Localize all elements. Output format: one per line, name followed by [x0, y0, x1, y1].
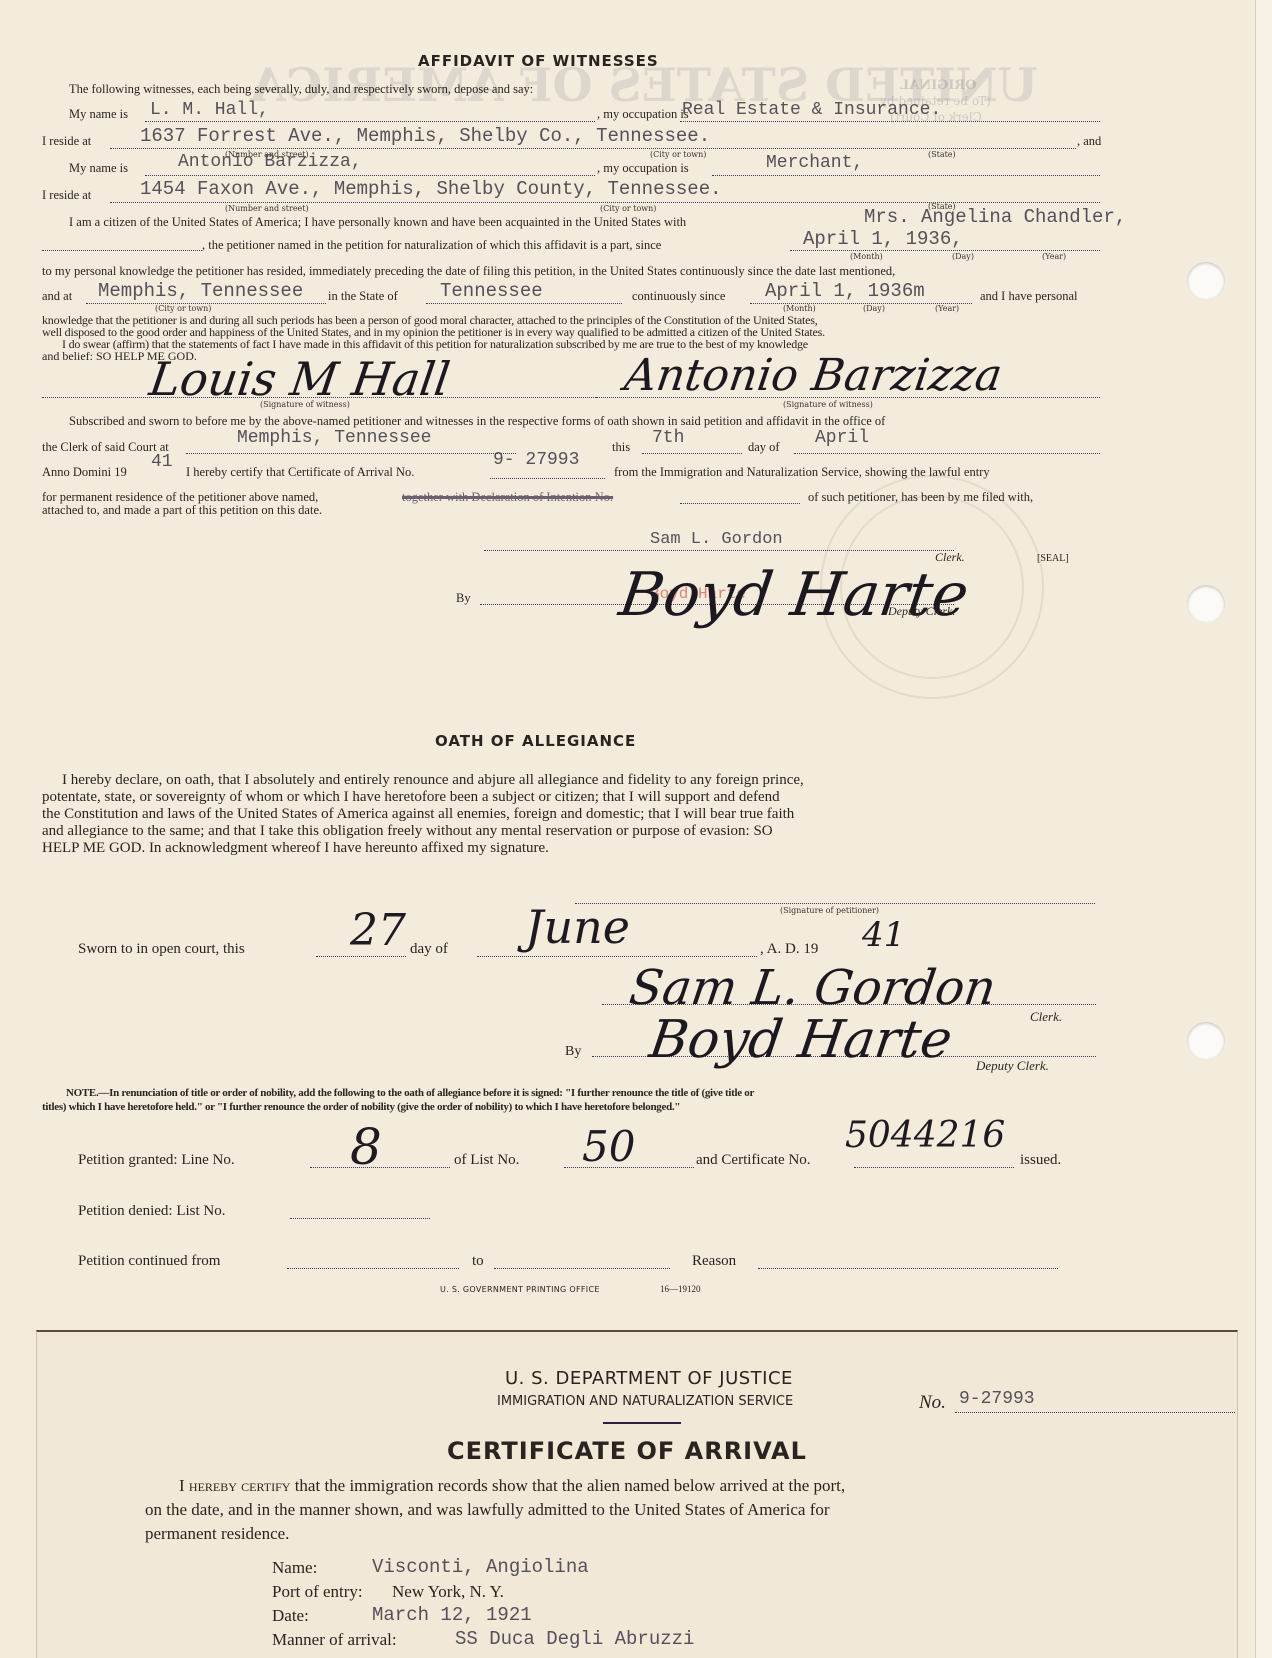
arrival-number: 9- 27993 [493, 450, 579, 470]
field-line [712, 175, 1100, 176]
note-line-2: titles) which I have heretofore held." o… [42, 1101, 680, 1113]
label-petition-denied: Petition denied: List No. [78, 1203, 226, 1220]
field-line [680, 503, 800, 504]
field-line [145, 175, 595, 176]
petitioner-text: , the petitioner named in the petition f… [202, 238, 661, 253]
caption: (Year) [935, 304, 959, 313]
caption: (Month) [850, 252, 883, 261]
month-value: April [815, 428, 869, 448]
label-to: to [472, 1253, 484, 1270]
attached-text: attached to, and made a part of this pet… [42, 503, 322, 518]
field-line [290, 1218, 430, 1219]
field-line [758, 1268, 1058, 1269]
state-of-value: Tennessee [440, 280, 543, 302]
label-sworn: Sworn to in open court, this [78, 941, 245, 958]
label-occupation: , my occupation is [597, 161, 689, 176]
document-page: UNITED STATES OF AMERICA ORIGINAL (To be… [0, 0, 1255, 1658]
certify-text: I hereby certify that Certificate of Arr… [186, 465, 414, 480]
manner-value: SS Duca Degli Abruzzi [455, 1628, 694, 1650]
label-no: No. [919, 1392, 946, 1414]
punch-hole [1187, 1022, 1225, 1060]
note-line-1: NOTE.—In renunciation of title or order … [66, 1087, 754, 1099]
oath-line-1: I hereby declare, on oath, that I absolu… [62, 772, 804, 789]
oath-line-2: potentate, state, or sovereignty of whom… [42, 789, 780, 806]
caption: (Day) [952, 252, 974, 261]
deputy-signature: Boyd Harte [615, 560, 973, 630]
punch-hole [1187, 585, 1225, 623]
punch-hole [1187, 262, 1225, 300]
field-line [680, 121, 1100, 122]
label-personal: and I have personal [980, 289, 1078, 304]
sworn-month: June [525, 900, 630, 954]
port-value: New York, N. Y. [392, 1582, 504, 1602]
struck-declaration: together with Declaration of Intention N… [402, 490, 613, 505]
sworn-day: 27 [350, 905, 406, 956]
label-by: By [456, 591, 471, 606]
field-line [494, 1268, 670, 1269]
label-and-at: and at [42, 289, 72, 304]
printer-code: 16—19120 [660, 1284, 701, 1294]
oath-title: OATH OF ALLEGIANCE [435, 732, 636, 750]
field-line [490, 478, 605, 479]
knowledge-text: to my personal knowledge the petitioner … [42, 264, 895, 279]
label-petition-granted: Petition granted: Line No. [78, 1152, 235, 1169]
label-deputy-clerk: Deputy Clerk. [976, 1058, 1049, 1074]
caption: (City or town) [650, 150, 706, 159]
label-continuously: continuously since [632, 289, 725, 304]
field-line [854, 1167, 1014, 1168]
witness2-signature: Antonio Barzizza [621, 350, 1005, 401]
from-text: from the Immigration and Naturalization … [614, 465, 990, 480]
label-port: Port of entry: [272, 1582, 363, 1602]
label-name: Name: [272, 1558, 317, 1578]
petitioner-signature-line [575, 903, 1095, 904]
label-of-list: of List No. [454, 1152, 519, 1169]
label-my-name: My name is [69, 161, 128, 176]
petitioner-name: Mrs. Angelina Chandler, [864, 206, 1126, 228]
witness2-occupation: Merchant, [766, 153, 863, 173]
list-number: 50 [582, 1122, 635, 1171]
label-anno-domini: Anno Domini 19 [42, 465, 127, 480]
caption: (Year) [1042, 252, 1066, 261]
field-line [790, 250, 1100, 251]
field-line [145, 121, 595, 122]
certify-lead: I hereby certify [179, 1476, 290, 1495]
certify-line-2: on the date, and in the manner shown, an… [145, 1500, 830, 1520]
since-date: April 1, 1936, [803, 228, 963, 250]
caption: (Signature of witness) [260, 400, 350, 409]
caption: (City or town) [600, 204, 656, 213]
witness1-address: 1637 Forrest Ave., Memphis, Shelby Co., … [140, 125, 710, 147]
service-heading: IMMIGRATION AND NATURALIZATION SERVICE [497, 1394, 793, 1409]
clerk-line [484, 550, 954, 551]
label-by: By [565, 1044, 581, 1060]
alien-name: Visconti, Angiolina [372, 1556, 589, 1578]
label-state-of: in the State of [328, 289, 398, 304]
caption: (Month) [783, 304, 816, 313]
affidavit-title: AFFIDAVIT OF WITNESSES [418, 52, 659, 70]
label-seal: [SEAL] [1037, 553, 1069, 564]
label-and: , and [1077, 134, 1101, 149]
witness1-signature: Louis M Hall [146, 352, 453, 406]
label-manner: Manner of arrival: [272, 1630, 397, 1650]
dept-heading: U. S. DEPARTMENT OF JUSTICE [505, 1368, 793, 1389]
anno-value: 41 [151, 452, 173, 472]
clerk-name: Sam L. Gordon [650, 530, 783, 549]
caption: (Signature of witness) [783, 400, 873, 409]
page-edge [1255, 0, 1272, 1658]
certificate-title: CERTIFICATE OF ARRIVAL [447, 1437, 807, 1465]
certify-line-3: permanent residence. [145, 1524, 289, 1544]
oath-clerk-signature: Sam L. Gordon [626, 960, 999, 1016]
ghost-original: ORIGINAL [900, 78, 977, 93]
label-clerk-at: the Clerk of said Court at [42, 440, 169, 455]
field-line [794, 453, 1100, 454]
label-issued: issued. [1020, 1152, 1061, 1169]
witness2-name: Antonio Barzizza, [178, 152, 362, 172]
continuously-value: April 1, 1936m [765, 280, 925, 302]
field-line [110, 148, 1076, 149]
label-day-of: day of [410, 941, 448, 958]
label-deputy-clerk: Deputy Clerk. [888, 604, 955, 619]
field-line [477, 956, 757, 957]
caption: (Signature of petitioner) [780, 906, 879, 915]
caption: (Number and street) [225, 204, 309, 213]
label-this: this [612, 440, 630, 455]
day-value: 7th [652, 428, 684, 448]
field-line [642, 453, 742, 454]
label-reside: I reside at [42, 188, 91, 203]
label-reason: Reason [692, 1253, 736, 1270]
label-date: Date: [272, 1606, 309, 1626]
caption: (Day) [863, 304, 885, 313]
field-line [186, 453, 516, 454]
label-reside: I reside at [42, 134, 91, 149]
line-number: 8 [350, 1118, 382, 1176]
field-line [316, 956, 406, 957]
certificate-number: 5044216 [845, 1115, 1005, 1156]
label-clerk: Clerk. [1030, 1009, 1062, 1025]
of-such-text: of such petitioner, has been by me filed… [808, 490, 1033, 505]
field-line [955, 1412, 1235, 1413]
oath-line-4: and allegiance to the same; and that I t… [42, 823, 773, 840]
ad-year: 41 [862, 915, 905, 955]
arrival-date: March 12, 1921 [372, 1604, 532, 1626]
label-day-of: day of [748, 440, 780, 455]
label-ad: , A. D. 19 [760, 941, 818, 958]
label-petition-continued: Petition continued from [78, 1253, 220, 1270]
certify-line-1: that the immigration records show that t… [295, 1476, 845, 1495]
field-line [426, 303, 622, 304]
witness1-occupation: Real Estate & Insurance. [682, 100, 941, 120]
caption: (City or town) [155, 304, 211, 313]
affidavit-intro: The following witnesses, each being seve… [69, 82, 533, 97]
oath-line-5: HELP ME GOD. In acknowledgment whereof I… [42, 840, 549, 857]
label-certificate-no: and Certificate No. [696, 1152, 811, 1169]
witness2-address: 1454 Faxon Ave., Memphis, Shelby County,… [140, 178, 722, 200]
oath-deputy-signature: Boyd Harte [646, 1010, 956, 1070]
field-line [287, 1268, 459, 1269]
oath-line-3: the Constitution and laws of the United … [42, 806, 794, 823]
certificate-of-arrival: U. S. DEPARTMENT OF JUSTICE IMMIGRATION … [36, 1330, 1238, 1658]
caption: (State) [928, 150, 956, 159]
witness1-name: L. M. Hall, [150, 100, 269, 120]
citizen-text: I am a citizen of the United States of A… [69, 215, 686, 230]
field-line [42, 250, 202, 251]
label-my-name: My name is [69, 107, 128, 122]
and-at-value: Memphis, Tennessee [98, 280, 303, 302]
clerk-at-value: Memphis, Tennessee [237, 428, 431, 448]
label-occupation: , my occupation is [597, 107, 689, 122]
divider [603, 1422, 681, 1424]
subscribed-text: Subscribed and sworn to before me by the… [69, 414, 885, 429]
printer-imprint: U. S. GOVERNMENT PRINTING OFFICE [440, 1285, 600, 1294]
certificate-number: 9-27993 [959, 1389, 1035, 1409]
